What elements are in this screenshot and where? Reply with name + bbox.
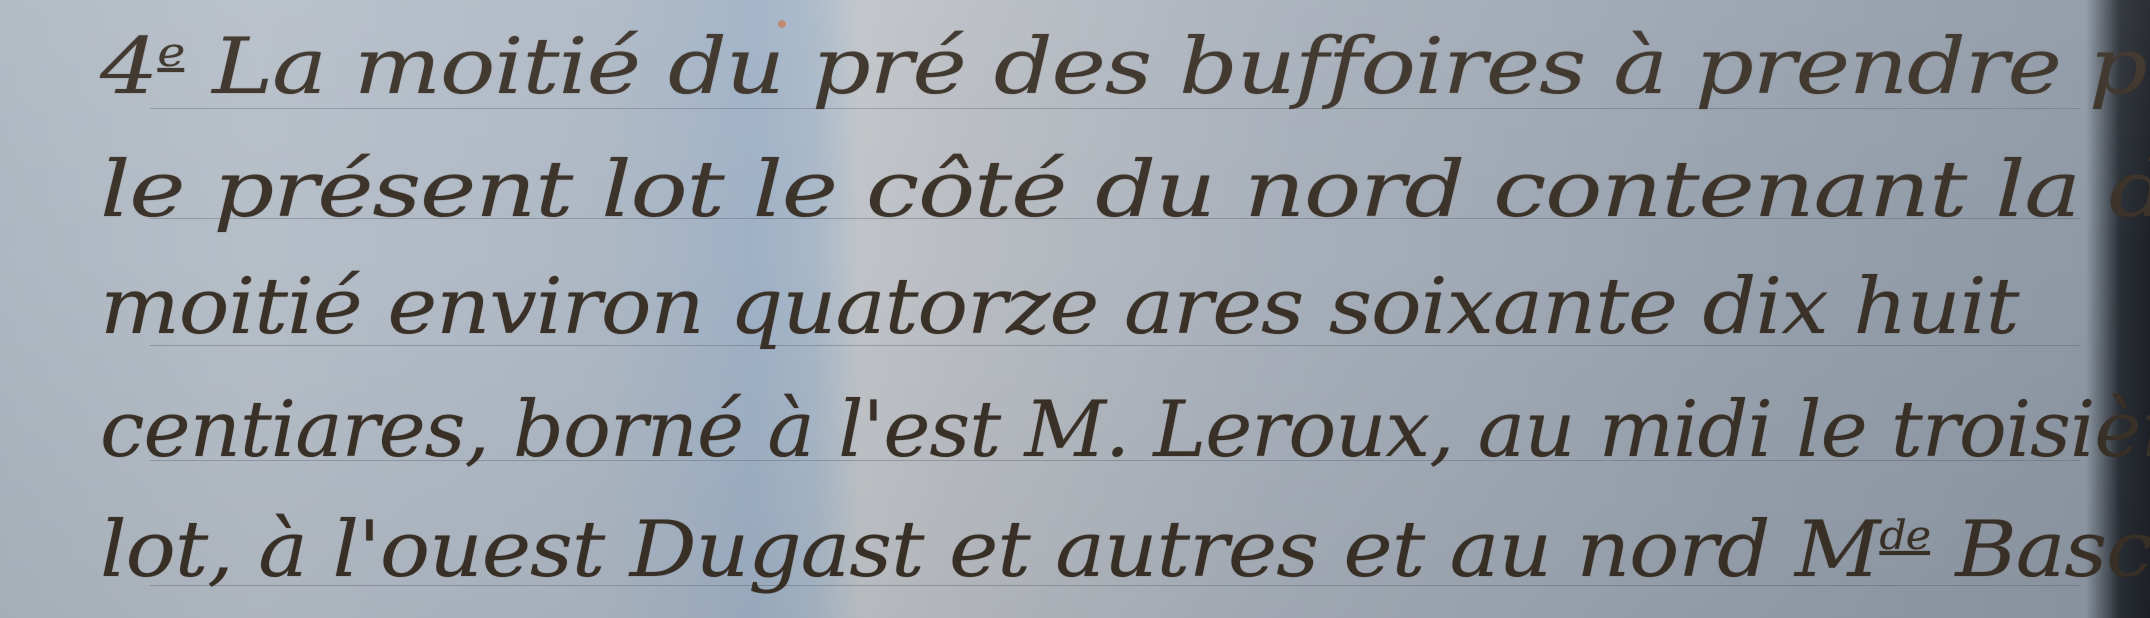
line-text: lot, à l'ouest Dugast et autres et au no… <box>100 505 1879 595</box>
line-text: moitié environ quatorze ares soixante di… <box>100 262 2018 352</box>
handwritten-line-1: 4e La moitié du pré des buffoires à pren… <box>100 22 2150 112</box>
handwritten-line-5: lot, à l'ouest Dugast et autres et au no… <box>100 505 2150 595</box>
handwritten-line-4: centiares, borné à l'est M. Leroux, au m… <box>100 385 2150 475</box>
line-text-end: Bascher. <box>1930 505 2150 595</box>
item-number: 4 <box>100 22 157 112</box>
handwritten-line-2: le présent lot le côté du nord contenant… <box>100 145 2150 235</box>
item-number-superscript: e <box>157 30 184 76</box>
title-superscript: de <box>1879 513 1930 559</box>
line-text: La moitié du pré des buffoires à prendre… <box>184 22 2150 112</box>
manuscript-page: 4e La moitié du pré des buffoires à pren… <box>0 0 2150 618</box>
line-text: le présent lot le côté du nord contenant… <box>100 145 2150 235</box>
handwritten-line-3: moitié environ quatorze ares soixante di… <box>100 262 2018 352</box>
line-text: centiares, borné à l'est M. Leroux, au m… <box>100 385 2150 475</box>
